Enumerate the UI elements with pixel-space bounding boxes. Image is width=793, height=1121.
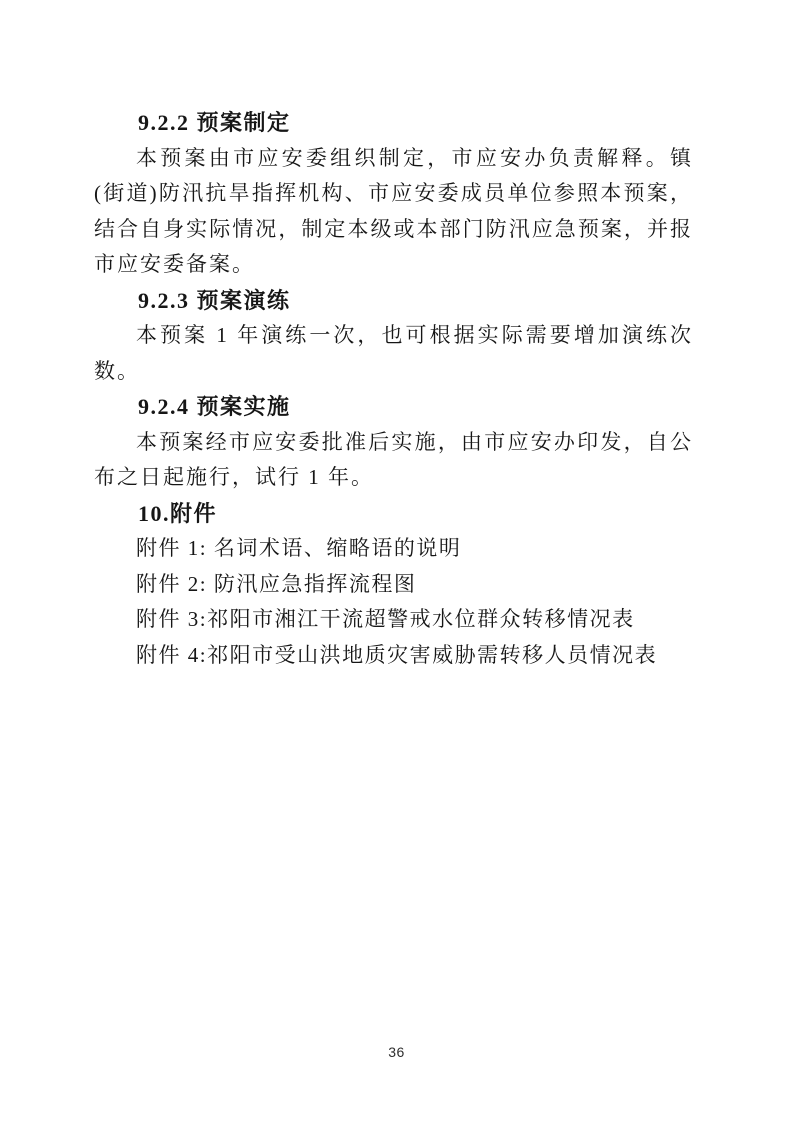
section-9-2-3-heading: 9.2.3 预案演练 <box>94 283 693 319</box>
attachment-item-1: 附件 1: 名词术语、缩略语的说明 <box>94 531 693 567</box>
section-10-heading: 10.附件 <box>94 496 693 532</box>
section-9-2-3-body: 本预案 1 年演练一次，也可根据实际需要增加演练次数。 <box>94 318 693 389</box>
attachment-item-4: 附件 4:祁阳市受山洪地质灾害威胁需转移人员情况表 <box>94 638 693 674</box>
section-9-2-4-heading: 9.2.4 预案实施 <box>94 389 693 425</box>
attachment-list: 附件 1: 名词术语、缩略语的说明 附件 2: 防汛应急指挥流程图 附件 3:祁… <box>94 531 693 673</box>
attachment-item-2: 附件 2: 防汛应急指挥流程图 <box>94 567 693 603</box>
page-number: 36 <box>0 1044 793 1060</box>
attachment-item-3: 附件 3:祁阳市湘江干流超警戒水位群众转移情况表 <box>94 602 693 638</box>
section-9-2-2-body: 本预案由市应安委组织制定，市应安办负责解释。镇(街道)防汛抗旱指挥机构、市应安委… <box>94 141 693 283</box>
section-9-2-2-heading: 9.2.2 预案制定 <box>94 105 693 141</box>
document-content: 9.2.2 预案制定 本预案由市应安委组织制定，市应安办负责解释。镇(街道)防汛… <box>94 105 693 673</box>
section-9-2-4-body: 本预案经市应安委批准后实施，由市应安办印发，自公布之日起施行，试行 1 年。 <box>94 425 693 496</box>
document-page: 9.2.2 预案制定 本预案由市应安委组织制定，市应安办负责解释。镇(街道)防汛… <box>0 0 793 1121</box>
